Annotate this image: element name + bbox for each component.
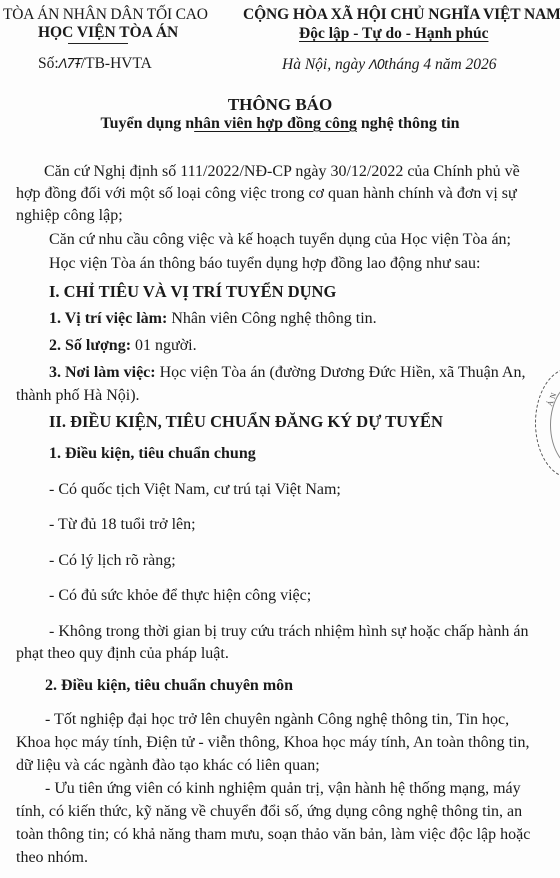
preamble-line: Căn cứ nhu cầu công việc và kế hoạch tuy… — [49, 231, 511, 249]
place-date: Hà Nội, ngày ᐱ0tháng 4 năm 2026 — [282, 56, 497, 74]
date-suffix: tháng 4 năm 2026 — [384, 56, 496, 73]
general-condition-item: - Có đủ sức khỏe để thực hiện công việc; — [49, 587, 311, 605]
professional-item-line: - Tốt nghiệp đại học trở lên chuyên ngàn… — [45, 711, 509, 729]
section-1-item: 3. Nơi làm việc: Học viện Tòa án (đường … — [49, 364, 525, 382]
general-condition-item: - Có lý lịch rõ ràng; — [49, 552, 176, 570]
section-2-2-heading: 2. Điều kiện, tiêu chuẩn chuyên môn — [45, 677, 293, 695]
general-condition-item-cont: phạt theo quy định của pháp luật. — [16, 645, 229, 663]
issuing-court: TÒA ÁN NHÂN DÂN TỐI CAO — [3, 6, 208, 24]
subtitle-part-underlined: hân viên hợp đồng công — [194, 115, 357, 132]
document-number: Số:ᐱ7Ŧ/TB-HVTA — [38, 55, 152, 73]
item-value: Học viện Tòa án (đường Dương Đức Hiền, x… — [156, 364, 526, 381]
subtitle-part-2: nghệ thông tin — [357, 115, 460, 132]
date-day-handwritten: ᐱ0 — [369, 58, 384, 73]
section-1-item-cont: thành phố Hà Nội). — [16, 387, 140, 405]
date-prefix: Hà Nội, ngày — [282, 56, 369, 73]
item-label: 2. Số lượng: — [49, 337, 131, 354]
item-value: 01 người. — [131, 337, 197, 354]
academy-divider — [68, 43, 128, 44]
item-value: Nhân viên Công nghệ thông tin. — [167, 310, 376, 327]
section-2-heading: II. ĐIỀU KIỆN, TIÊU CHUẨN ĐĂNG KÝ DỰ TUY… — [49, 412, 443, 432]
section-1-item: 1. Vị trí việc làm: Nhân viên Công nghệ … — [49, 310, 377, 328]
issuing-academy: HỌC VIỆN TÒA ÁN — [38, 24, 178, 42]
preamble-line: nghiệp công lập; — [16, 207, 123, 225]
professional-item-line: theo nhóm. — [16, 849, 88, 867]
subtitle-part-1: Tuyển dụng n — [100, 115, 194, 132]
document-number-handwritten: ᐱ7Ŧ — [59, 57, 81, 72]
document-number-suffix: /TB-HVTA — [81, 55, 152, 72]
professional-item-line: - Ưu tiên ứng viên có kinh nghiệm quản t… — [45, 780, 521, 798]
national-motto: Độc lập - Tự do - Hạnh phúc — [299, 25, 488, 43]
preamble-line: hợp đồng đối với một số loại công việc t… — [16, 185, 517, 203]
preamble-line: Học viện Tòa án thông báo tuyển dụng hợp… — [49, 255, 480, 273]
item-label: 3. Nơi làm việc: — [49, 364, 156, 381]
preamble-line: Căn cứ Nghị định số 111/2022/NĐ-CP ngày … — [44, 163, 520, 181]
professional-item-line: tính, có kiến thức, kỹ năng về chuyển đổ… — [16, 803, 522, 821]
general-condition-item: - Từ đủ 18 tuổi trở lên; — [49, 516, 196, 534]
professional-item-line: toàn thông tin; có khả năng tham mưu, so… — [16, 826, 530, 844]
general-condition-item: - Không trong thời gian bị truy cứu trác… — [49, 623, 528, 641]
section-1-heading: I. CHỈ TIÊU VÀ VỊ TRÍ TUYỂN DỤNG — [49, 282, 336, 302]
document-title: THÔNG BÁO — [0, 95, 560, 115]
national-title: CỘNG HÒA XÃ HỘI CHỦ NGHĨA VIỆT NAM — [243, 6, 560, 24]
general-condition-item: - Có quốc tịch Việt Nam, cư trú tại Việt… — [49, 481, 341, 499]
section-1-item: 2. Số lượng: 01 người. — [49, 337, 197, 355]
document-subtitle: Tuyển dụng nhân viên hợp đồng công nghệ … — [0, 115, 560, 133]
professional-item-line: dữ liệu và các ngành đào tạo khác có liê… — [16, 757, 320, 775]
professional-item-line: Khoa học máy tính, Điện tử - viễn thông,… — [16, 734, 529, 752]
section-2-1-heading: 1. Điều kiện, tiêu chuẩn chung — [49, 445, 256, 463]
item-label: 1. Vị trí việc làm: — [49, 310, 167, 327]
document-number-prefix: Số: — [38, 55, 59, 72]
